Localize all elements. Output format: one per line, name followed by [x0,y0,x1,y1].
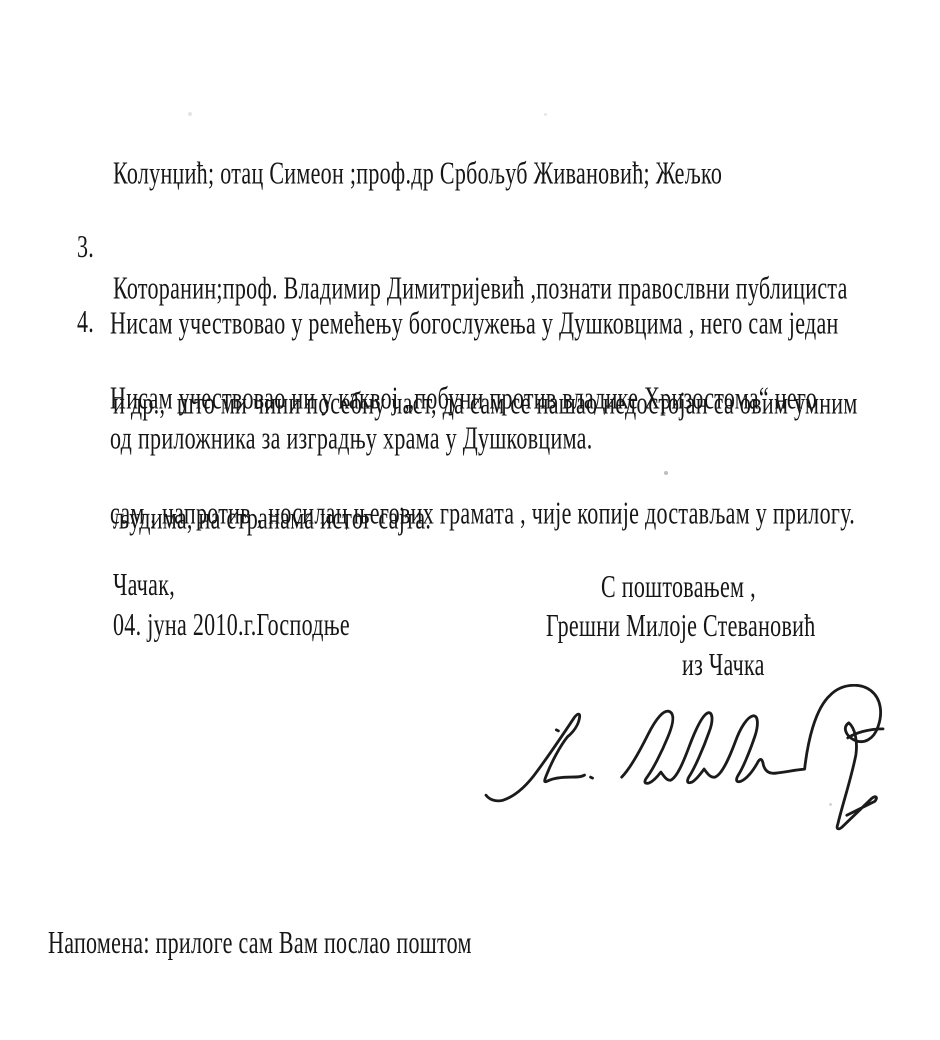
signatory-origin: из Чачка [682,645,765,683]
body-text-line: сам , напротив , носилац његових грамата… [110,494,855,532]
handwritten-signature [483,684,885,836]
signatory-name: Грешни Милоје Стевановић [546,606,816,644]
scan-speck [664,471,668,475]
closing-salutation: С поштовањем , [601,567,756,605]
body-text-line: Колунџић; отац Симеон ;проф.др Србољуб Ж… [113,154,858,192]
scanned-letter-page: Колунџић; отац Симеон ;проф.др Србољуб Ж… [0,0,940,1040]
scan-speck [188,112,192,116]
list-item-4-number: 4. [77,302,94,340]
body-text-line: Нисам учествовао ни у каквој „побуни про… [110,379,855,417]
dateline-place: Чачак, [113,565,175,603]
list-item-4-text: Нисам учествовао ни у каквој „побуни про… [110,302,855,609]
signature-ink [483,684,885,836]
dateline-date: 04. јуна 2010.г.Господње [113,605,350,643]
scan-speck [544,113,547,116]
list-item-3-number: 3. [77,227,94,265]
scan-speck [829,803,832,806]
postscript-note: Напомена: прилоге сам Вам послао поштом [48,923,472,961]
